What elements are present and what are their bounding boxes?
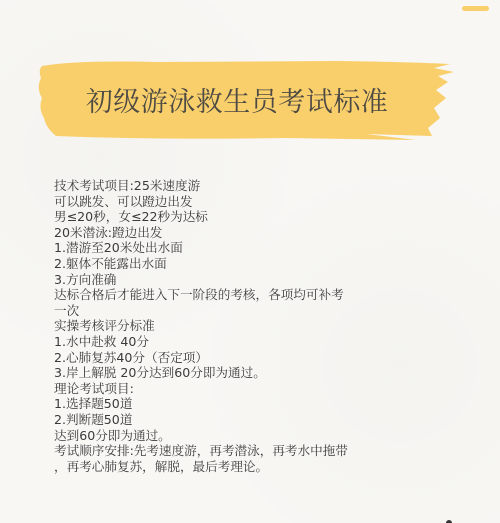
text-line: 一次 bbox=[54, 303, 454, 319]
text-line: 1.水中赴救 40分 bbox=[54, 334, 454, 350]
text-line: 达标合格后才能进入下一阶段的考核，各项均可补考 bbox=[54, 287, 454, 303]
text-line: 达到60分即为通过。 bbox=[54, 428, 454, 444]
text-line: 2.心肺复苏40分（否定项） bbox=[54, 350, 454, 366]
text-line: 技术考试项目:25米速度游 bbox=[54, 178, 454, 194]
text-line: 实操考核评分标准 bbox=[54, 318, 454, 334]
decorative-brush-stroke bbox=[462, 6, 489, 11]
text-line: 1.选择题50道 bbox=[54, 396, 454, 412]
page-title: 初级游泳救生员考试标准 bbox=[36, 58, 456, 140]
exam-standards-text: 技术考试项目:25米速度游 可以跳发、可以蹬边出发 男≤20秒，女≤22秒为达标… bbox=[54, 178, 454, 474]
text-line: 2.躯体不能露出水面 bbox=[54, 256, 454, 272]
text-line: 3.方向准确 bbox=[54, 272, 454, 288]
text-line: 理论考试项目: bbox=[54, 381, 454, 397]
text-line: 20米潜泳:蹬边出发 bbox=[54, 225, 454, 241]
text-line: 考试顺序安排:先考速度游，再考潜泳，再考水中拖带 bbox=[54, 443, 454, 459]
text-line: 3.岸上解脱 20分达到60分即为通过。 bbox=[54, 365, 454, 381]
text-line: 男≤20秒，女≤22秒为达标 bbox=[54, 209, 454, 225]
text-line: 1.潜游至20米处出水面 bbox=[54, 240, 454, 256]
text-line: ，再考心肺复苏，解脱，最后考理论。 bbox=[54, 459, 454, 475]
text-line: 可以跳发、可以蹬边出发 bbox=[54, 194, 454, 210]
text-line: 2.判断题50道 bbox=[54, 412, 454, 428]
